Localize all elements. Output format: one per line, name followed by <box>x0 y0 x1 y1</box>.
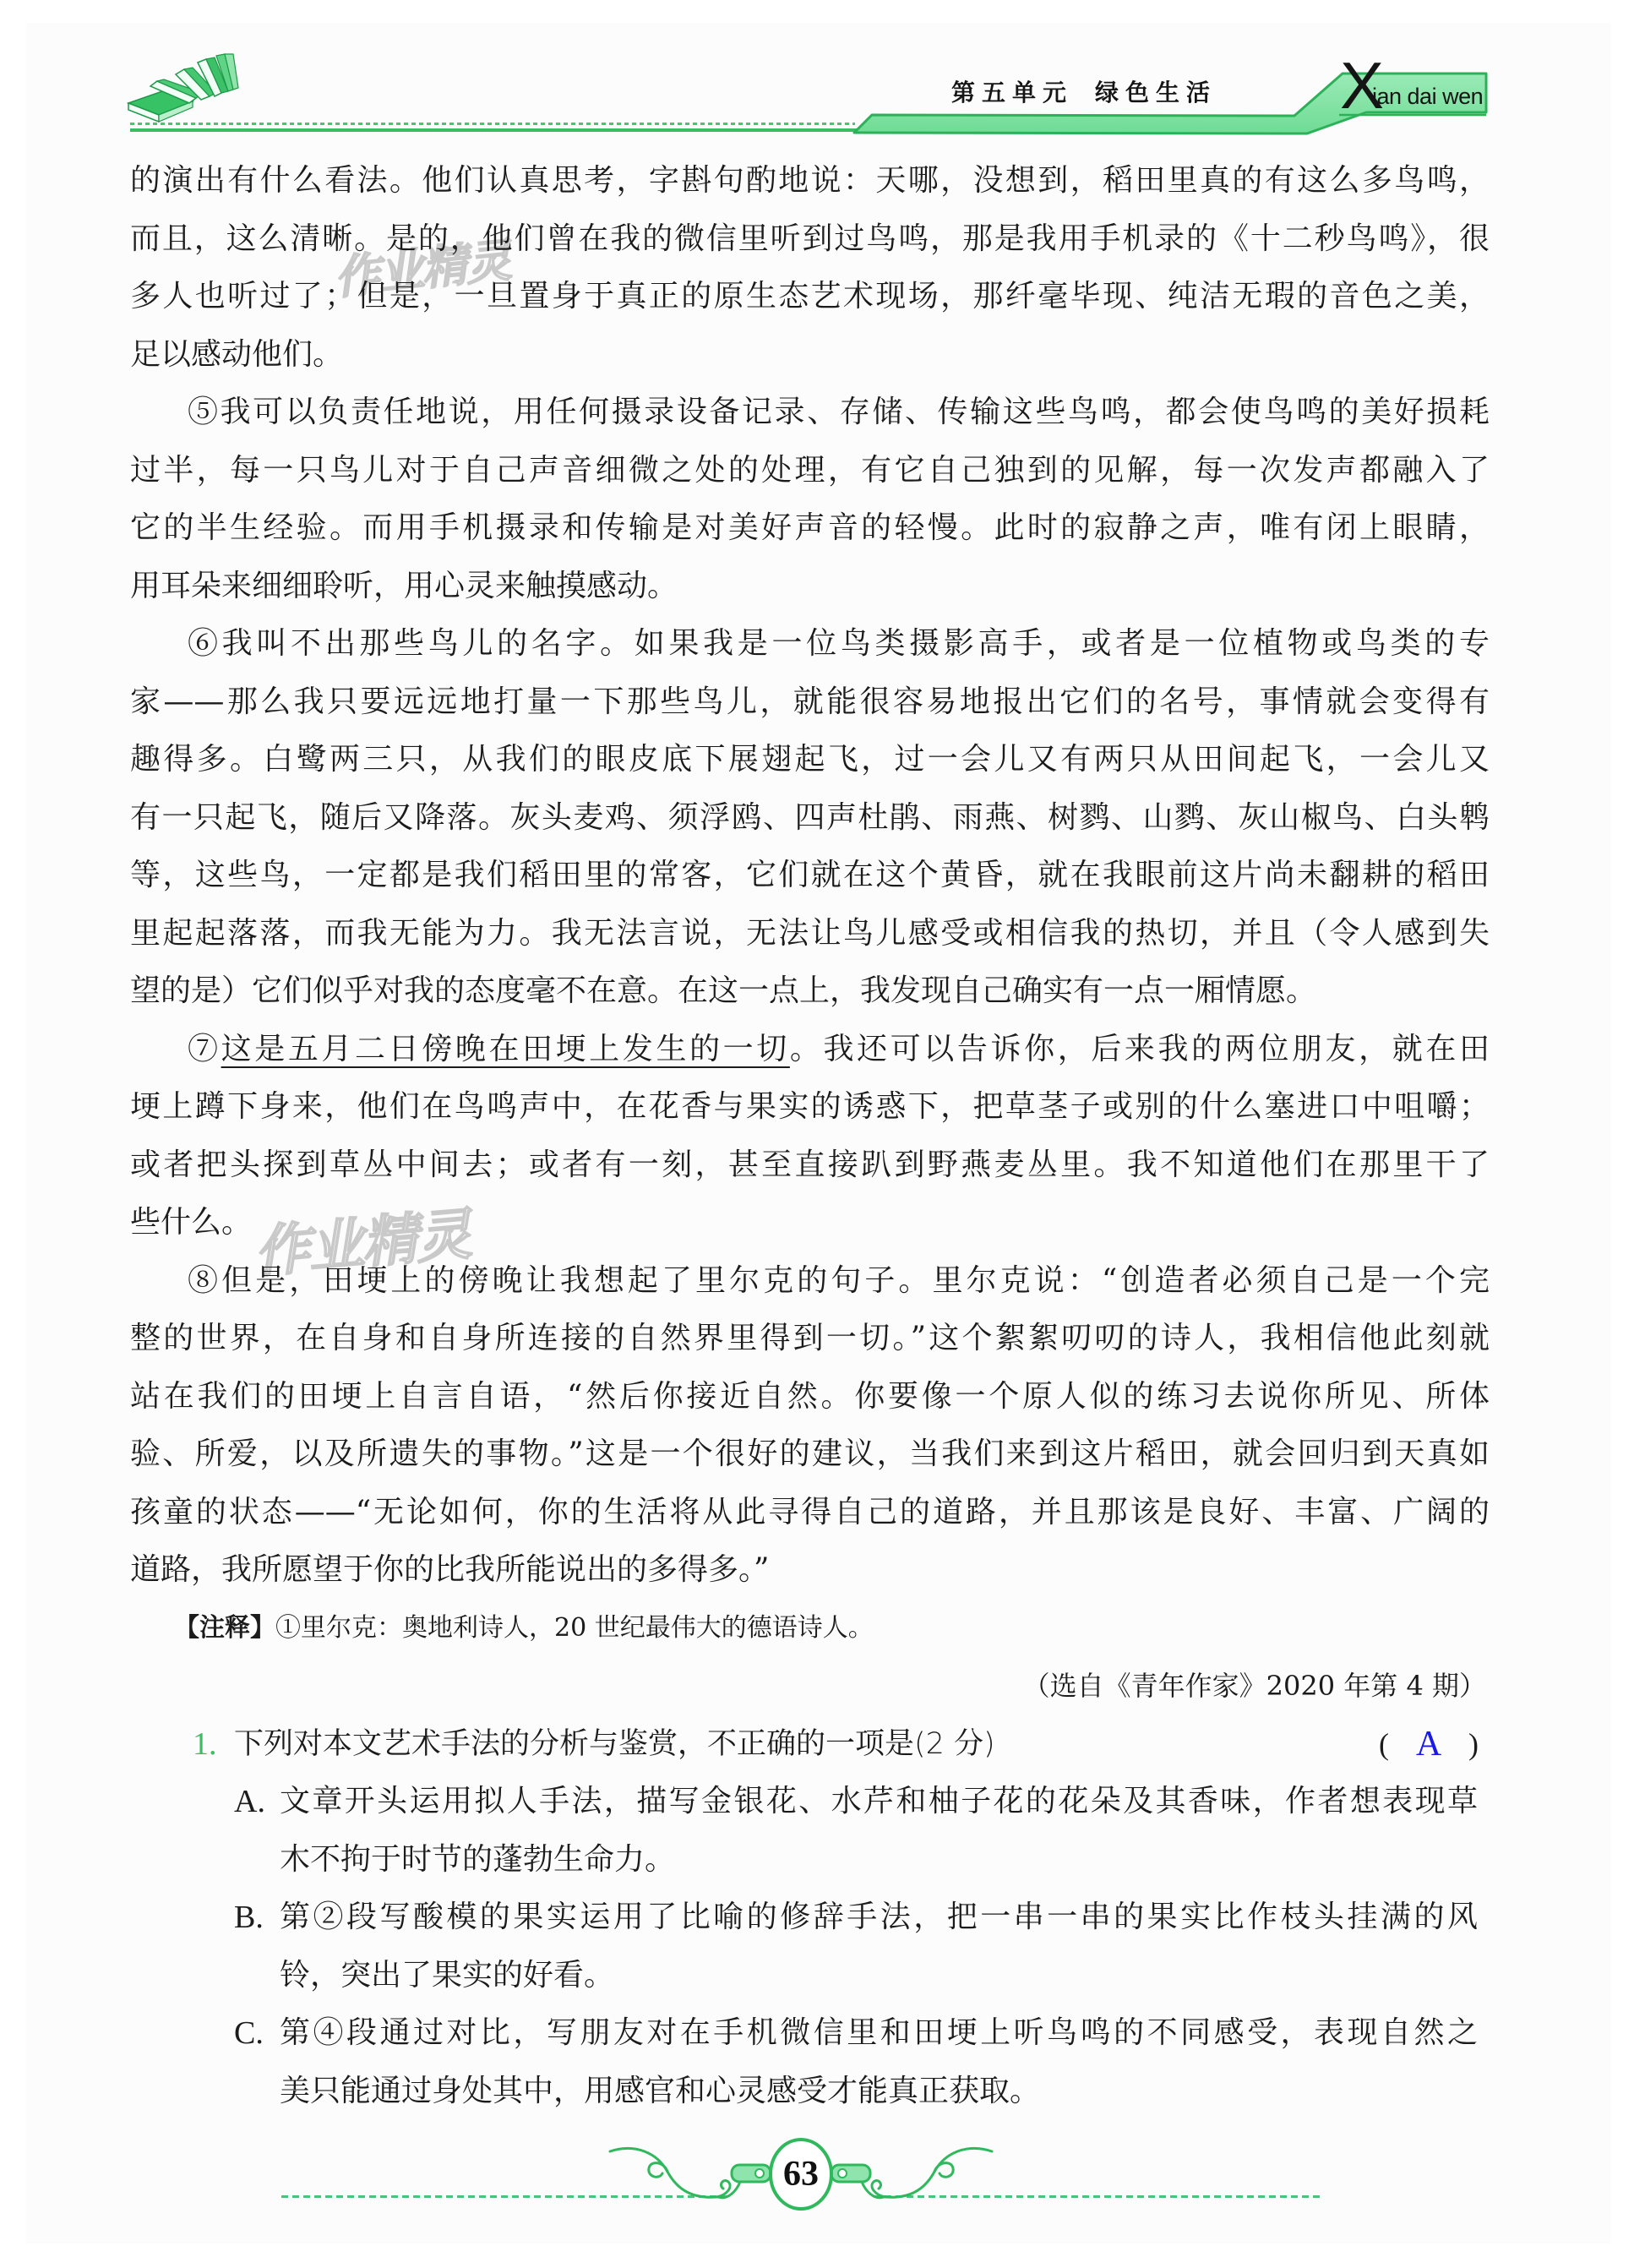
brand-text: ian dai wen <box>1372 83 1483 110</box>
text-line: ⑥我叫不出那些鸟儿的名字。如果我是一位鸟类摄影高手，或者是一位植物或鸟类的专 <box>130 615 1490 673</box>
text-line: 家——那么我只要远远地打量一下那些鸟儿，就能很容易地报出它们的名号，事情就会变得… <box>130 673 1490 732</box>
text-line: 孩童的状态——“无论如何，你的生活将从此寻得自己的道路，并且那该是良好、丰富、广… <box>130 1484 1490 1542</box>
text-line: ⑤我可以负责任地说，用任何摄录设备记录、存储、传输这些鸟鸣，都会使鸟鸣的美好损耗 <box>130 384 1490 442</box>
bracket-open: ( <box>1379 1715 1389 1774</box>
bracket-close: ) <box>1468 1715 1479 1774</box>
paragraph-7: ⑦这是五月二日傍晚在田埂上发生的一切。我还可以告诉你，后来我的两位朋友，就在田 … <box>130 1021 1490 1252</box>
text-line: 等，这些鸟，一定都是我们稻田里的常客，它们就在这个黄昏，就在我眼前这片尚未翻耕的… <box>130 847 1490 905</box>
option-c: C.第④段通过对比，写朋友对在手机微信里和田埂上听鸟鸣的不同感受，表现自然之 <box>130 2004 1490 2063</box>
option-label: C. <box>234 2004 264 2063</box>
option-label: A. <box>234 1773 265 1831</box>
text-line: ⑦这是五月二日傍晚在田埂上发生的一切。我还可以告诉你，后来我的两位朋友，就在田 <box>130 1021 1490 1079</box>
question-1: 1. 下列对本文艺术手法的分析与鉴赏，不正确的一项是(2 分) ( A ) A.… <box>130 1715 1490 2121</box>
option-text: 第②段写酸模的果实运用了比喻的修辞手法，把一串一串的果实比作枝头挂满的风 <box>280 1900 1478 1934</box>
question-stem: 1. 下列对本文艺术手法的分析与鉴赏，不正确的一项是(2 分) ( A ) <box>130 1715 1490 1774</box>
paragraph-4-continued: 的演出有什么看法。他们认真思考，字斟句酌地说：天哪，没想到，稻田里真的有这么多鸟… <box>130 152 1490 384</box>
text-line: 望的是）它们似乎对我的态度毫不在意。在这一点上，我发现自己确实有一点一厢情愿。 <box>130 962 1490 1021</box>
text-line: 用耳朵来细细聆听，用心灵来触摸感动。 <box>130 558 1490 616</box>
answer-bracket: ( A ) <box>1379 1715 1479 1774</box>
text-line: 趣得多。白鹭两三只，从我们的眼皮底下展翅起飞，过一会儿又有两只从田间起飞，一会儿… <box>130 731 1490 789</box>
header-dotted-rule <box>130 123 855 125</box>
footnote-label: 【注释】 <box>174 1613 275 1643</box>
text-line: 的演出有什么看法。他们认真思考，字斟句酌地说：天哪，没想到，稻田里真的有这么多鸟… <box>130 152 1490 210</box>
text-line: 些什么。 <box>130 1194 1490 1252</box>
paragraph-5: ⑤我可以负责任地说，用任何摄录设备记录、存储、传输这些鸟鸣，都会使鸟鸣的美好损耗… <box>130 384 1490 615</box>
text-line: 过半，每一只鸟儿对于自己声音细微之处的处理，有它自己独到的见解，每一次发声都融入… <box>130 442 1490 500</box>
source-citation: （选自《青年作家》2020 年第 4 期） <box>130 1657 1490 1715</box>
paragraph-8: ⑧但是，田埂上的傍晚让我想起了里尔克的句子。里尔克说：“创造者必须自己是一个完 … <box>130 1252 1490 1600</box>
text-line: 埂上蹲下身来，他们在鸟鸣声中，在花香与果实的诱惑下，把草茎子或别的什么塞进口中咀… <box>130 1078 1490 1137</box>
header-solid-rule <box>130 128 857 132</box>
text-line: 而且，这么清晰。是的，他们曾在我的微信里听到过鸟鸣，那是我用手机录的《十二秒鸟鸣… <box>130 210 1490 269</box>
text-line: 验、所爱，以及所遗失的事物。”这是一个很好的建议，当我们来到这片稻田，就会回归到… <box>130 1426 1490 1484</box>
text-line: 多人也听过了；但是，一旦置身于真正的原生态艺术现场，那纤毫毕现、纯洁无瑕的音色之… <box>130 268 1490 326</box>
unit-theme: 绿色生活 <box>1095 79 1217 106</box>
option-text: 第④段通过对比，写朋友对在手机微信里和田埂上听鸟鸣的不同感受，表现自然之 <box>280 2015 1478 2050</box>
page-number: 63 <box>767 2153 835 2195</box>
underlined-sentence: 这是五月二日傍晚在田埂上发生的一切 <box>221 1032 790 1066</box>
filled-answer: A <box>1416 1715 1441 1774</box>
paragraph-6: ⑥我叫不出那些鸟儿的名字。如果我是一位鸟类摄影高手，或者是一位植物或鸟类的专 家… <box>130 615 1490 1021</box>
text-line: 道路，我所愿望于你的比我所能说出的多得多。” <box>130 1541 1490 1600</box>
footnote-text: ①里尔克：奥地利诗人，20 世纪最伟大的德语诗人。 <box>275 1613 874 1643</box>
text-line: 足以感动他们。 <box>130 326 1490 384</box>
text-line: 它的半生经验。而用手机摄录和传输是对美好声音的轻慢。此时的寂静之声，唯有闭上眼睛… <box>130 499 1490 558</box>
option-a-continued: 木不拘于时节的蓬勃生命力。 <box>130 1831 1490 1889</box>
books-icon <box>125 49 243 125</box>
option-a: A.文章开头运用拟人手法，描写金银花、水芹和柚子花的花朵及其香味，作者想表现草 <box>130 1773 1490 1831</box>
paragraph-marker: ⑦ <box>188 1032 221 1066</box>
text-segment: 。我还可以告诉你，后来我的两位朋友，就在田 <box>790 1032 1490 1066</box>
reading-passage: 的演出有什么看法。他们认真思考，字斟句酌地说：天哪，没想到，稻田里真的有这么多鸟… <box>130 152 1490 2120</box>
question-text: 下列对本文艺术手法的分析与鉴赏，不正确的一项是(2 分) <box>234 1715 995 1774</box>
text-line: 里起起落落，而我无能为力。我无法言说，无法让鸟儿感受或相信我的热切，并且（令人感… <box>130 905 1490 963</box>
text-line: 站在我们的田埂上自言自语，“然后你接近自然。你要像一个原人似的练习去说你所见、所… <box>130 1368 1490 1426</box>
text-line: 有一只起飞，随后又降落。灰头麦鸡、须浮鸥、四声杜鹃、雨燕、树鹨、山鹨、灰山椒鸟、… <box>130 789 1490 848</box>
question-number: 1. <box>193 1715 217 1774</box>
option-c-continued: 美只能通过身处其中，用感官和心灵感受才能真正获取。 <box>130 2063 1490 2121</box>
option-text: 文章开头运用拟人手法，描写金银花、水芹和柚子花的花朵及其香味，作者想表现草 <box>280 1784 1478 1818</box>
text-line: ⑧但是，田埂上的傍晚让我想起了里尔克的句子。里尔克说：“创造者必须自己是一个完 <box>130 1252 1490 1311</box>
option-b: B.第②段写酸模的果实运用了比喻的修辞手法，把一串一串的果实比作枝头挂满的风 <box>130 1889 1490 1947</box>
text-line: 整的世界，在自身和自身所连接的自然界里得到一切。”这个絮絮叨叨的诗人，我相信他此… <box>130 1310 1490 1368</box>
text-line: 或者把头探到草丛中间去；或者有一刻，甚至直接趴到野燕麦丛里。我不知道他们在那里干… <box>130 1137 1490 1195</box>
option-b-continued: 铃，突出了果实的好看。 <box>130 1947 1490 2005</box>
option-label: B. <box>234 1889 264 1947</box>
footnote: 【注释】①里尔克：奥地利诗人，20 世纪最伟大的德语诗人。 <box>130 1600 1490 1658</box>
unit-number: 第五单元 <box>951 79 1073 106</box>
unit-title: 第五单元绿色生活 <box>951 78 1217 108</box>
